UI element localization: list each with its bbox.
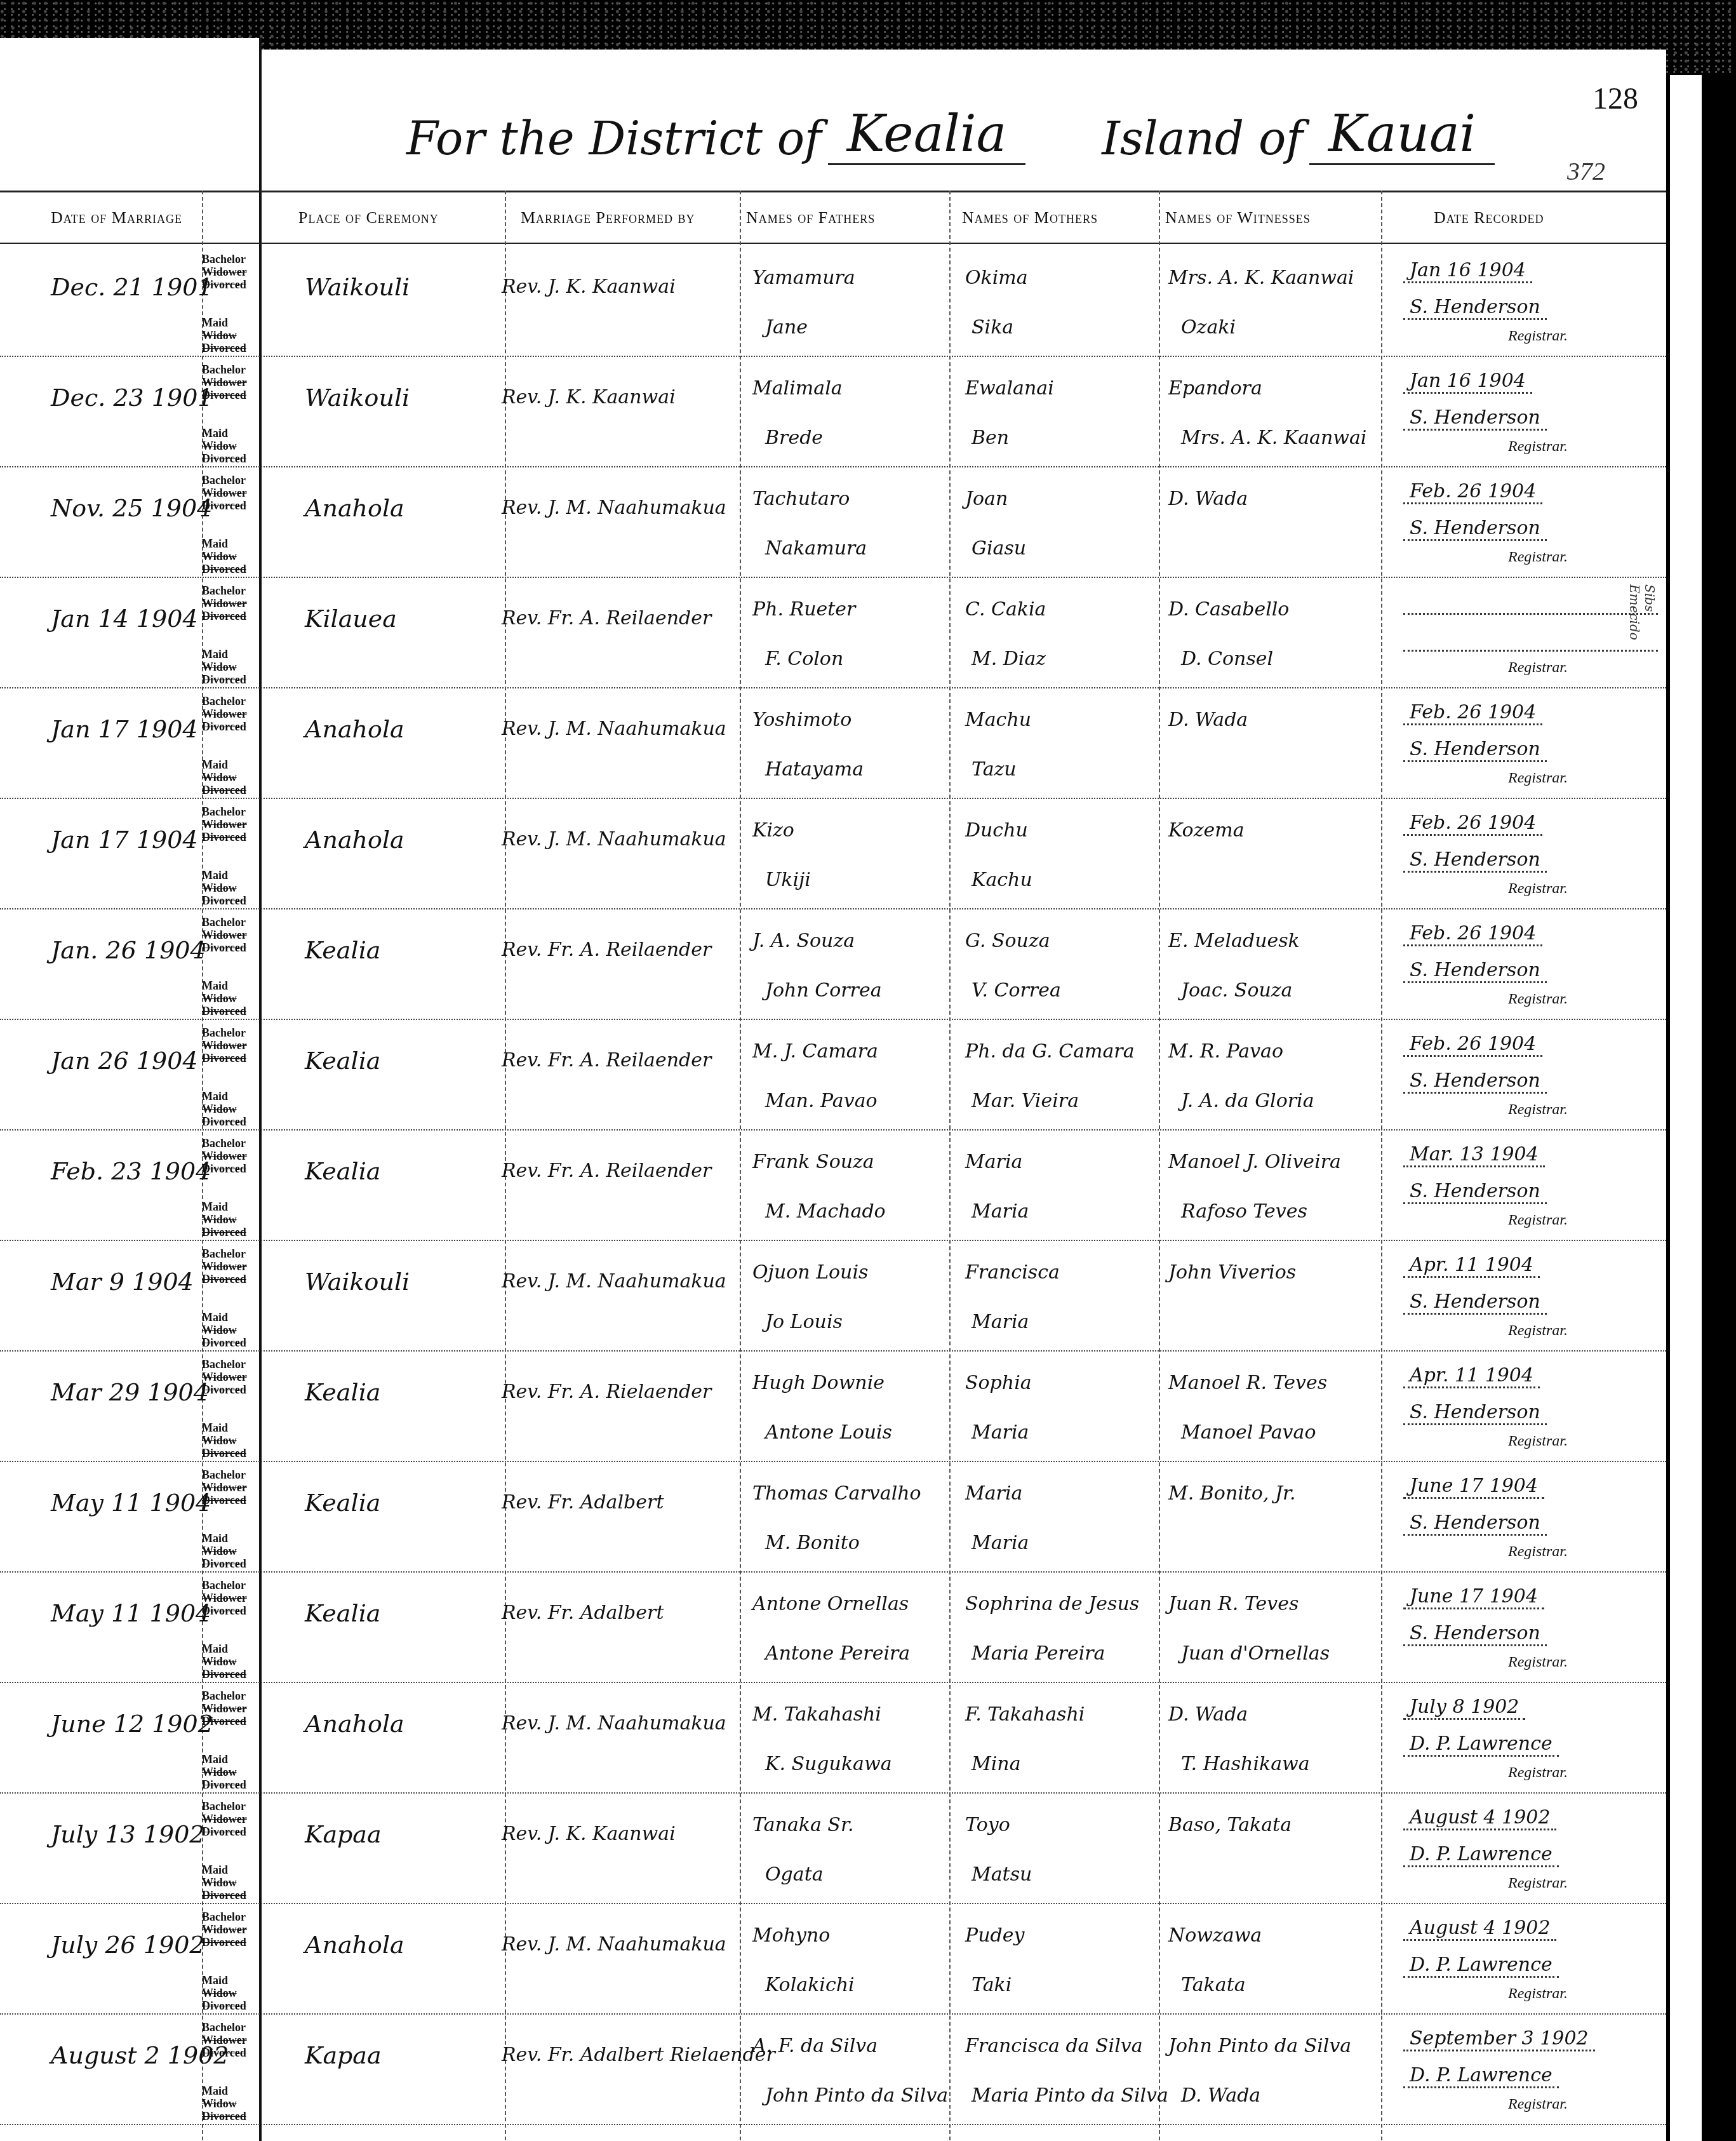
recorded-date: June 17 1904 [1403,1475,1544,1499]
marital-status-block: BachelorWidowerDivorcedMaidWidowDivorced [202,695,259,796]
officiant-name: Rev. J. K. Kaanwai [502,386,676,408]
groom-status-label: Divorced [202,941,259,954]
marital-status-block: BachelorWidowerDivorcedMaidWidowDivorced [202,584,259,686]
bride-status-label: Widow [202,329,259,342]
col-date-of-marriage: Date of Marriage [51,208,182,227]
witness-name: Joac. Souza [1181,979,1292,1002]
marital-status-block: BachelorWidowerDivorcedMaidWidowDivorced [202,1137,259,1238]
witness-name: Manoel J. Oliveira [1168,1151,1341,1173]
witness-name: Nowzawa [1168,1924,1262,1947]
registrar-label: Registrar. [1508,2096,1568,2113]
district-name: Kealia [828,104,1026,165]
bride-status-label: Maid [202,1642,259,1655]
entry-divider [0,466,1666,467]
mother-name-groom: Maria [965,1151,1022,1173]
officiant-name: Rev. J. M. Naahumakua [502,1712,726,1735]
ceremony-place: Kilauea [305,605,397,633]
ceremony-place: Waikouli [305,1268,410,1296]
registrar-signature: S. Henderson [1403,849,1547,873]
marital-status-block: BachelorWidowerDivorcedMaidWidowDivorced [202,805,259,907]
mother-name-groom: Toyo [965,1814,1010,1836]
entry-divider [0,1240,1666,1241]
ceremony-place: Kealia [305,1599,380,1627]
recorded-date: Feb. 26 1904 [1403,922,1542,946]
father-name-bride: Nakamura [765,537,867,560]
registrar-signature: D. P. Lawrence [1403,1843,1559,1867]
recorded-date: Feb. 26 1904 [1403,701,1542,725]
groom-status-label: Divorced [202,1825,259,1838]
groom-status-label: Bachelor [202,1358,259,1371]
groom-status-label: Bachelor [202,1579,259,1592]
father-name-bride: M. Bonito [765,1532,860,1554]
mother-name-groom: Sophrina de Jesus [965,1593,1139,1615]
bride-status-label: Widow [202,1766,259,1778]
father-name-groom: Tachutaro [752,488,850,510]
page-edge-strip [1666,75,1706,2141]
bride-status-label: Widow [202,1324,259,1336]
entry-divider [0,2124,1666,2125]
marriage-date: Dec. 23 1901 [51,384,213,412]
witness-name: Epandora [1168,377,1262,399]
bride-status-label: Widow [202,661,259,673]
groom-status-label: Divorced [202,720,259,733]
registrar-signature: S. Henderson [1403,1622,1547,1646]
bride-status-label: Widow [202,1434,259,1447]
marital-status-block: BachelorWidowerDivorcedMaidWidowDivorced [202,1579,259,1681]
mother-name-bride: Ben [971,427,1009,449]
father-name-bride: Antone Pereira [765,1642,910,1665]
groom-status-label: Widower [202,597,259,610]
island-prefix: Island of [1102,112,1303,165]
witness-name: D. Casabello [1168,598,1289,621]
father-name-bride: Kolakichi [765,1974,855,1996]
marriage-date: Jan 26 1904 [51,1047,198,1075]
entry-divider [0,908,1666,909]
groom-status-label: Divorced [202,389,259,401]
groom-status-label: Divorced [202,1494,259,1507]
mother-name-bride: Maria [971,1421,1029,1444]
father-name-groom: Yamamura [752,267,855,289]
father-name-groom: Hugh Downie [752,1372,885,1394]
registrar-signature [1403,628,1658,652]
officiant-name: Rev. J. M. Naahumakua [502,497,726,519]
bride-status-label: Maid [202,1421,259,1434]
groom-status-label: Bachelor [202,916,259,929]
marriage-date: Dec. 21 1901 [51,273,213,301]
witness-name: D. Wada [1181,2084,1260,2107]
father-name-bride: Brede [765,427,823,449]
father-name-bride: M. Machado [765,1200,886,1223]
groom-status-label: Divorced [202,1936,259,1949]
witness-name: D. Wada [1168,1703,1248,1726]
witness-name: D. Consel [1181,648,1273,670]
officiant-name: Rev. Fr. A. Rielaender [502,1381,711,1403]
bride-status-label: Maid [202,1863,259,1876]
registrar-signature: S. Henderson [1403,1401,1547,1425]
recorded-date: Mar. 13 1904 [1403,1143,1545,1167]
registrar-label: Registrar. [1508,1985,1568,2003]
groom-status-label: Bachelor [202,1137,259,1150]
bride-status-label: Widow [202,992,259,1005]
father-name-bride: Ogata [765,1863,824,1886]
groom-status-label: Widower [202,1371,259,1383]
stamp-number: 372 [1567,156,1605,186]
ceremony-place: Anahola [305,1931,404,1959]
registrar-signature: S. Henderson [1403,1291,1547,1315]
father-name-groom: Frank Souza [752,1151,874,1173]
bride-status-label: Divorced [202,784,259,796]
mother-name-bride: Matsu [971,1863,1032,1886]
officiant-name: Rev. Fr. Adalbert [502,1491,664,1513]
ceremony-place: Kapaa [305,1820,382,1848]
recorded-date: July 8 1902 [1403,1696,1525,1720]
witness-name: D. Wada [1168,709,1248,731]
bride-status-label: Maid [202,1974,259,1987]
registrar-signature: D. P. Lawrence [1403,2064,1559,2088]
registrar-signature: D. P. Lawrence [1403,1733,1559,1757]
groom-status-label: Divorced [202,499,259,512]
groom-status-label: Widower [202,1150,259,1162]
ceremony-place: Kealia [305,1489,380,1517]
father-name-bride: John Pinto da Silva [765,2084,948,2107]
registrar-signature: S. Henderson [1403,738,1547,762]
groom-status-label: Divorced [202,278,259,291]
entry-divider [0,1571,1666,1573]
groom-status-label: Bachelor [202,474,259,487]
officiant-name: Rev. J. M. Naahumakua [502,1933,726,1956]
registrar-label: Registrar. [1508,328,1568,345]
bride-status-label: Widow [202,1103,259,1115]
registrar-label: Registrar. [1508,659,1568,676]
registrar-signature: S. Henderson [1403,406,1547,431]
witness-name: Mrs. A. K. Kaanwai [1168,267,1354,289]
recorded-date [1403,591,1658,615]
mother-name-bride: Kachu [971,869,1032,891]
groom-status-label: Bachelor [202,253,259,265]
bride-status-label: Divorced [202,894,259,907]
bride-status-label: Divorced [202,1115,259,1128]
officiant-name: Rev. J. K. Kaanwai [502,1823,676,1845]
bride-status-label: Divorced [202,1999,259,2012]
entry-divider [0,1129,1666,1131]
mother-name-groom: Francisca da Silva [965,2035,1143,2057]
father-name-bride: Ukiji [765,869,811,891]
marital-status-block: BachelorWidowerDivorcedMaidWidowDivorced [202,1247,259,1349]
entry-divider [0,1792,1666,1794]
marital-status-block: BachelorWidowerDivorcedMaidWidowDivorced [202,1468,259,1570]
mother-name-bride: Maria [971,1311,1029,1333]
bride-status-label: Divorced [202,673,259,686]
mother-name-bride: Maria Pinto da Silva [971,2084,1168,2107]
witness-name: Rafoso Teves [1181,1200,1307,1223]
father-name-groom: Mohyno [752,1924,830,1947]
marriage-date: June 12 1902 [51,1710,213,1738]
ceremony-place: Anahola [305,1710,404,1738]
mother-name-groom: Ph. da G. Camara [965,1040,1135,1063]
entry-divider [0,1019,1666,1020]
recorded-date: Feb. 26 1904 [1403,812,1542,836]
mother-name-groom: F. Takahashi [965,1703,1085,1726]
father-name-bride: John Correa [765,979,882,1002]
registrar-label: Registrar. [1508,1875,1568,1892]
groom-status-label: Bachelor [202,363,259,376]
mother-name-groom: Ewalanai [965,377,1054,399]
registrar-label: Registrar. [1508,1543,1568,1560]
father-name-groom: Thomas Carvalho [752,1482,921,1505]
officiant-name: Rev. J. M. Naahumakua [502,718,726,740]
marriage-date: July 13 1902 [51,1820,205,1848]
marital-status-block: BachelorWidowerDivorcedMaidWidowDivorced [202,1026,259,1128]
witness-name: John Viverios [1168,1261,1296,1284]
groom-status-label: Bachelor [202,1910,259,1923]
registrar-label: Registrar. [1508,549,1568,566]
groom-status-label: Widower [202,1702,259,1715]
registrar-label: Registrar. [1508,991,1568,1008]
recorded-date: Feb. 26 1904 [1403,1033,1542,1057]
mother-name-groom: C. Cakia [965,598,1046,621]
father-name-groom: M. J. Camara [752,1040,878,1063]
entry-divider [0,687,1666,688]
bride-status-label: Maid [202,537,259,550]
fathers-col-divider [949,191,951,2140]
bride-status-label: Divorced [202,1336,259,1349]
witness-name: Takata [1181,1974,1246,1996]
marriage-date: Jan 14 1904 [51,605,198,633]
recorded-date: September 3 1902 [1403,2027,1595,2051]
father-name-bride: Jane [765,316,808,339]
groom-status-label: Divorced [202,1715,259,1728]
father-name-groom: Yoshimoto [752,709,851,731]
bride-status-label: Maid [202,1532,259,1545]
father-name-groom: Tanaka Sr. [752,1814,854,1836]
registrar-signature: S. Henderson [1403,959,1547,983]
mother-name-bride: Mina [971,1753,1021,1775]
father-name-bride: K. Sugukawa [765,1753,892,1775]
entry-divider [0,356,1666,357]
officiant-name: Rev. Fr. Adalbert [502,1602,664,1624]
marriage-date: May 11 1904 [51,1489,211,1517]
registrar-signature: S. Henderson [1403,296,1547,320]
bride-status-label: Divorced [202,1447,259,1460]
officiant-name: Rev. Fr. A. Reilaender [502,939,711,961]
col-mothers: Names of Mothers [962,208,1098,227]
mother-name-bride: Maria [971,1200,1029,1223]
bride-status-label: Divorced [202,1005,259,1017]
witness-name: Ozaki [1181,316,1236,339]
father-name-groom: M. Takahashi [752,1703,881,1726]
bride-status-label: Widow [202,550,259,563]
marital-status-block: BachelorWidowerDivorcedMaidWidowDivorced [202,1689,259,1791]
mother-name-bride: Tazu [971,758,1017,781]
bride-status-label: Widow [202,2097,259,2110]
mother-name-groom: Machu [965,709,1031,731]
groom-status-label: Widower [202,818,259,831]
bride-status-label: Divorced [202,1668,259,1681]
registrar-signature: S. Henderson [1403,1512,1547,1536]
groom-status-label: Widower [202,376,259,389]
registrar-label: Registrar. [1508,1764,1568,1782]
recorded-date: Feb. 26 1904 [1403,480,1542,504]
bride-status-label: Divorced [202,452,259,465]
title-prefix: For the District of [406,112,822,165]
ceremony-place: Waikouli [305,273,410,301]
groom-status-label: Widower [202,708,259,720]
marital-status-block: BachelorWidowerDivorcedMaidWidowDivorced [202,916,259,1017]
groom-status-label: Bachelor [202,1689,259,1702]
father-name-groom: Ojuon Louis [752,1261,868,1284]
mother-name-bride: Mar. Vieira [971,1090,1079,1112]
witness-name: Juan d'Ornellas [1181,1642,1330,1665]
marital-status-block: BachelorWidowerDivorcedMaidWidowDivorced [202,474,259,575]
groom-status-label: Widower [202,1260,259,1273]
groom-status-label: Divorced [202,1273,259,1285]
bride-status-label: Widow [202,1545,259,1557]
bride-status-label: Widow [202,1213,259,1226]
officiant-name: Rev. J. M. Naahumakua [502,828,726,850]
registrar-label: Registrar. [1508,770,1568,787]
bride-status-label: Maid [202,1311,259,1324]
mother-name-groom: Duchu [965,819,1028,842]
father-name-bride: F. Colon [765,648,843,670]
father-name-bride: Jo Louis [765,1311,843,1333]
witness-name: M. Bonito, Jr. [1168,1482,1296,1505]
col-performed-by: Marriage Performed by [521,208,695,227]
witness-name: John Pinto da Silva [1168,2035,1351,2057]
marital-status-block: BachelorWidowerDivorcedMaidWidowDivorced [202,1910,259,2012]
entry-divider [0,2013,1666,2015]
groom-status-label: Bachelor [202,1468,259,1481]
bride-status-label: Maid [202,869,259,882]
father-name-bride: Man. Pavao [765,1090,878,1112]
father-name-groom: Kizo [752,819,794,842]
mother-name-groom: Francisca [965,1261,1060,1284]
groom-status-label: Bachelor [202,1800,259,1813]
marital-status-block: BachelorWidowerDivorcedMaidWidowDivorced [202,363,259,465]
marital-status-block: BachelorWidowerDivorcedMaidWidowDivorced [202,2021,259,2123]
marriage-date: Jan. 26 1904 [51,936,206,964]
groom-status-label: Divorced [202,2046,259,2059]
marriage-date: Jan 17 1904 [51,826,198,854]
officiant-name: Rev. Fr. A. Reilaender [502,1049,711,1071]
groom-status-label: Bachelor [202,1247,259,1260]
col-fathers: Names of Fathers [746,208,875,227]
entry-divider [0,577,1666,578]
book-edge [1702,75,1736,2141]
officiant-name: Rev. J. M. Naahumakua [502,1270,726,1292]
bride-status-label: Widow [202,440,259,452]
registrar-signature: S. Henderson [1403,517,1547,541]
groom-status-label: Widower [202,1813,259,1825]
marriage-date: Jan 17 1904 [51,715,198,743]
recorded-date: Apr. 11 1904 [1403,1254,1540,1278]
col-place: Place of Ceremony [298,208,439,227]
groom-status-label: Bachelor [202,2021,259,2034]
bride-status-label: Divorced [202,1778,259,1791]
groom-status-label: Bachelor [202,695,259,708]
entry-divider [0,1350,1666,1352]
officiant-col-divider [740,191,741,2140]
witness-name: D. Wada [1168,488,1248,510]
mother-name-groom: Sophia [965,1372,1032,1394]
groom-status-label: Divorced [202,1162,259,1175]
mother-name-groom: Pudey [965,1924,1024,1947]
bride-status-label: Maid [202,316,259,329]
mother-name-groom: Okima [965,267,1028,289]
entry-divider [0,1903,1666,1904]
header-top-rule [0,191,1666,192]
groom-status-label: Widower [202,1481,259,1494]
ceremony-place: Anahola [305,826,404,854]
entry-divider [0,1682,1666,1683]
registrar-label: Registrar. [1508,1433,1568,1450]
witness-name: Juan R. Teves [1168,1593,1299,1615]
marital-status-block: BachelorWidowerDivorcedMaidWidowDivorced [202,1358,259,1460]
bride-status-label: Maid [202,1753,259,1766]
groom-status-label: Bachelor [202,1026,259,1039]
marriage-date: July 26 1902 [51,1931,205,1959]
ceremony-place: Waikouli [305,384,410,412]
entry-divider [0,798,1666,799]
bride-status-label: Widow [202,1876,259,1889]
bride-status-label: Widow [202,1987,259,1999]
mother-name-groom: G. Souza [965,930,1050,952]
recorded-date: Apr. 11 1904 [1403,1364,1540,1388]
recorded-date: June 17 1904 [1403,1585,1544,1609]
groom-status-label: Widower [202,1592,259,1604]
officiant-name: Rev. Fr. Adalbert Rielaender [502,2044,775,2066]
groom-status-label: Widower [202,929,259,941]
bride-status-label: Widow [202,882,259,894]
marriage-date: May 11 1904 [51,1599,211,1627]
page-number: 128 [1592,81,1638,116]
witness-name: Mrs. A. K. Kaanwai [1181,427,1366,449]
mother-name-bride: M. Diaz [971,648,1046,670]
witness-name: M. R. Pavao [1168,1040,1283,1063]
bride-status-label: Maid [202,979,259,992]
father-name-groom: Antone Ornellas [752,1593,909,1615]
witnesses-col-divider [1381,191,1382,2140]
groom-status-label: Widower [202,487,259,499]
mother-name-bride: Taki [971,1974,1012,1996]
col-witnesses: Names of Witnesses [1165,208,1311,227]
marital-status-block: BachelorWidowerDivorcedMaidWidowDivorced [202,253,259,354]
groom-status-label: Bachelor [202,584,259,597]
witness-name: Kozema [1168,819,1245,842]
father-name-groom: Malimala [752,377,843,399]
mother-name-bride: Giasu [971,537,1026,560]
ceremony-place: Kealia [305,1378,380,1406]
marriage-date: Mar 9 1904 [51,1268,194,1296]
recorded-date: Jan 16 1904 [1403,259,1532,283]
groom-status-label: Widower [202,2034,259,2046]
bride-status-label: Divorced [202,1557,259,1570]
mother-name-bride: Maria [971,1532,1029,1554]
bride-status-label: Widow [202,1655,259,1668]
witness-name: Baso, Takata [1168,1814,1292,1836]
ceremony-place: Anahola [305,715,404,743]
father-name-bride: Antone Louis [765,1421,892,1444]
col-recorded: Date Recorded [1434,208,1544,227]
witness-name: T. Hashikawa [1181,1753,1310,1775]
father-name-bride: Hatayama [765,758,864,781]
registrar-label: Registrar. [1508,1654,1568,1671]
mother-name-groom: Maria [965,1482,1022,1505]
ceremony-place: Anahola [305,494,404,522]
header-bottom-rule [0,243,1666,244]
officiant-name: Rev. Fr. A. Reilaender [502,607,711,629]
groom-status-label: Divorced [202,1052,259,1064]
bride-status-label: Maid [202,2084,259,2097]
